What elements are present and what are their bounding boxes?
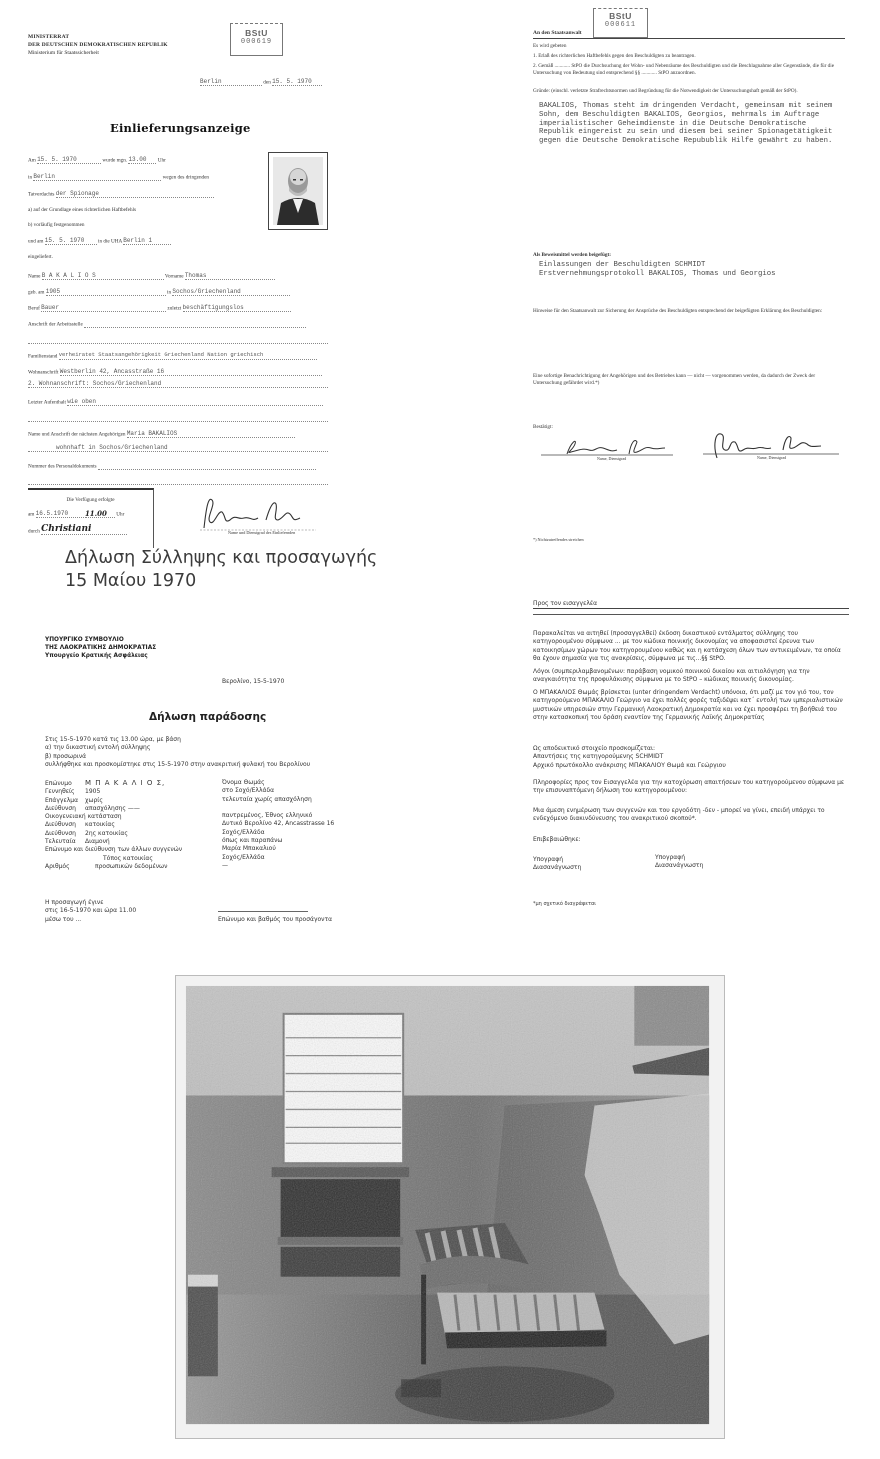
notify-paragraph: Μια άμεση ενημέρωση των συγγενών και του…	[533, 807, 849, 824]
field-label: Αριθμός	[45, 863, 95, 871]
greek-fields-left: ΕπώνυμοΜ Π Α Κ Α Λ Ι Ο Σ, Γεννηθείς1905 …	[45, 779, 215, 871]
right-value	[222, 804, 372, 812]
surname-value: B A K A L I O S	[42, 272, 164, 280]
confirmed-label: Επιβεβαιώθηκε:	[533, 836, 581, 844]
field-value: κατοικίας	[85, 821, 115, 828]
caption-title: Δήλωση Σύλληψης και προσαγωγής	[65, 547, 377, 570]
header-line: ΤΗΣ ΛΑΟΚΡΑΤΙΚΗΣ ΔΗΜΟΚΡΑΤΙΑΣ	[45, 644, 156, 652]
field-label: Διεύθυνση	[45, 821, 85, 829]
field-label: Γεννηθείς	[45, 788, 85, 796]
greek-intro: Στις 15-5-1970 κατά τις 13.00 ώρα, με βά…	[45, 736, 310, 769]
stamp-number: 000611	[594, 21, 647, 29]
caption-date: 15 Μαίου 1970	[65, 570, 377, 593]
evidence-item: Erstvernehmungsprotokoll BAKALIOS, Thoma…	[539, 270, 845, 279]
label: und am	[28, 239, 43, 245]
signature-interrogator-2: Name, Dienstgrad	[699, 426, 844, 462]
header-line: MINISTERRAT	[28, 34, 69, 40]
signature-label: Διασανάγνωστη	[533, 864, 581, 872]
label: Am	[28, 158, 36, 164]
signature-officer: Name und Dienstgrad des Einliefernden	[196, 490, 316, 535]
birth-year-value: 1905	[46, 288, 166, 296]
evidence-item: Einlassungen der Beschuldigten SCHMIDT	[539, 261, 845, 270]
evidence-block: Ως αποδεικτικό στοιχείο προσκομίζεται: Α…	[533, 745, 849, 770]
right-value: στο Σοχό/Ελλάδα	[222, 787, 372, 795]
request-item-1: 1. Erlaß des richterlichen Haftbefehls g…	[533, 53, 845, 60]
signature-label: Υπογραφή	[655, 854, 703, 862]
line-in: in Berlin wegen des dringenden	[28, 173, 209, 181]
line-am: Am 15. 5. 1970 wurde mgn. 13.00 Uhr	[28, 156, 166, 164]
admission-date: 15. 5. 1970	[45, 237, 97, 245]
label: Name	[28, 274, 40, 280]
right-value: όπως και παραπάνω	[222, 837, 372, 845]
field-label: Διεύθυνση	[45, 830, 85, 838]
greek-caption: Δήλωση Σύλληψης και προσαγωγής 15 Μαίου …	[65, 547, 377, 593]
field-value: Μ Π Α Κ Α Λ Ι Ο Σ,	[85, 779, 165, 787]
verification-by-line: durch Christiani	[28, 524, 153, 535]
greek-ministry-header: ΥΠΟΥΡΓΙΚΟ ΣΥΜΒΟΥΛΙΟ ΤΗΣ ΛΑΟΚΡΑΤΙΚΗΣ ΔΗΜΟ…	[45, 636, 156, 660]
arrest-time: 13.00	[128, 156, 156, 164]
footer-line: στις 16-5-1970 και ώρα 11.00	[45, 907, 136, 915]
place-value: Berlin	[200, 78, 262, 86]
field-relatives-2: wohnhaft in Sochos/Griechenland	[28, 444, 328, 452]
divider	[533, 614, 849, 615]
german-arrest-form: MINISTERRAT DER DEUTSCHEN DEMOKRATISCHEN…	[28, 10, 330, 545]
prison-cell-photo	[175, 975, 725, 1439]
blank-line	[84, 320, 306, 328]
field-value: Τόπος κατοικίας	[103, 855, 153, 862]
field-value: απασχόλησης ——	[85, 805, 140, 812]
signature-label: Υπογραφή	[533, 856, 581, 864]
verification-title: Die Verfügung erfolgte	[28, 497, 153, 504]
request-paragraph: Παρακαλείται να αιτηθεί (προσαγγελθεί) έ…	[533, 630, 849, 663]
ministry-header: MINISTERRAT DER DEUTSCHEN DEMOKRATISCHEN…	[28, 34, 168, 58]
field-value: 1905	[85, 788, 100, 795]
marital-nationality-value: verheiratet Staatsangehörigkeit Griechen…	[59, 352, 317, 360]
evidence-line: Αρχικό πρωτόκολλο ανάκρισης ΜΠΑΚΑΛΙΟΥ Θω…	[533, 762, 849, 770]
greek-translation-arrest: ΥΠΟΥΡΓΙΚΟ ΣΥΜΒΟΥΛΙΟ ΤΗΣ ΛΑΟΚΡΑΤΙΚΗΣ ΔΗΜΟ…	[45, 636, 365, 956]
second-address-value: 2. Wohnanschrift: Sochos/Griechenland	[28, 380, 328, 388]
greek-title: Δήλωση παράδοσης	[149, 711, 266, 723]
label: in	[28, 175, 32, 181]
right-value: τελευταία χωρίς απασχόληση	[222, 796, 372, 804]
evidence-label: Als Beweismittel werden beigefügt:	[533, 252, 845, 259]
recipient-label: Προς τον εισαγγελέα	[533, 600, 849, 609]
field-label: Οικογενειακή κατάσταση	[45, 813, 122, 820]
suspicion-value: der Spionage	[56, 190, 214, 198]
intro-line: συλλήφθηκε και προσκομίστηκε στις 15-5-1…	[45, 761, 310, 769]
label: am	[28, 511, 34, 517]
address-value: Westberlin 42, Ancasstraße 16	[60, 368, 322, 376]
german-prosecutor-letter: BStU 000611 An den Staatsanwalt Es wird …	[533, 6, 848, 546]
date-value: 15. 5. 1970	[272, 78, 322, 86]
relative-address-value: wohnhaft in Sochos/Griechenland	[28, 444, 328, 452]
hints-label: Hinweise für den Staatsanwalt zur Sicher…	[533, 308, 845, 315]
blank-line	[28, 414, 328, 422]
request-intro: Es wird gebeten	[533, 43, 845, 50]
evidence-list: Einlassungen der Beschuldigten SCHMIDT E…	[539, 261, 845, 279]
label: Tatverdachts	[28, 192, 54, 198]
date-label: den	[263, 80, 271, 86]
blank-row	[28, 477, 328, 485]
header-line: Ministerium für Staatssicherheit	[28, 50, 168, 58]
blank-line	[98, 462, 316, 470]
field-last-stay: Letzter Aufenthalt wie oben	[28, 398, 323, 406]
field-value: Διαμονή	[85, 838, 110, 845]
label: Uhr	[116, 511, 124, 517]
line-verdacht: Tatverdachts der Spionage	[28, 190, 214, 198]
right-value: παντρεμένος, Έθνος ελληνικό	[222, 812, 372, 820]
stamp-label: BStU	[231, 28, 282, 38]
intro-line: β) προσωρινά	[45, 753, 310, 761]
signature-caption: Name, Dienstgrad	[597, 456, 626, 461]
greek-date: Βερολίνο, 15-5-1970	[222, 678, 284, 685]
label: Familienstand	[28, 354, 57, 360]
label: Uhr	[158, 158, 166, 164]
evidence-line: Ως αποδεικτικό στοιχείο προσκομίζεται:	[533, 745, 849, 753]
field-value: 2ης κατοικίας	[85, 830, 128, 837]
signature-caption: Name und Dienstgrad des Einliefernden	[228, 530, 295, 535]
arrest-place: Berlin	[33, 173, 161, 181]
label: Vorname	[165, 274, 184, 280]
right-value: Μαρία Μπακαλιού	[222, 845, 372, 853]
right-value: Σοχός/Ελλάδα	[222, 829, 372, 837]
option-b: b) vorläufig festgenommen	[28, 222, 84, 229]
field-relatives: Name und Anschrift der nächsten Angehöri…	[28, 430, 295, 438]
last-employment-value: beschäftigungslos	[183, 304, 291, 312]
label: in	[167, 290, 171, 296]
right-value: Σοχός/Ελλάδα	[222, 854, 372, 862]
label: durch	[28, 528, 40, 534]
relative-value: Maria BAKALIOS	[127, 430, 295, 438]
line-und-am: und am 15. 5. 1970 in die UHA Berlin 1	[28, 237, 171, 245]
label: wegen des dringenden	[163, 175, 209, 181]
blank-row	[28, 414, 328, 422]
option-a: a) auf der Grundlage eines richterlichen…	[28, 207, 136, 214]
label: geb. am	[28, 290, 44, 296]
field-value: προσωπικών δεδομένων	[95, 863, 167, 870]
field-label: Επώνυμο και διεύθυνση των άλλων συγγενών	[45, 846, 182, 853]
reasons-text: BAKALIOS, Thomas steht im dringenden Ver…	[539, 102, 845, 146]
field-workplace: Anschrift der Arbeitsstelle	[28, 320, 306, 328]
greek-footer: Η προσαγωγή έγινε στις 16-5-1970 και ώρα…	[45, 899, 136, 924]
field-label: Επώνυμο	[45, 780, 85, 788]
birthplace-value: Sochos/Griechenland	[172, 288, 290, 296]
blank-line	[28, 336, 328, 344]
field-value: χωρίς	[85, 797, 103, 804]
label: Wohnanschrift	[28, 370, 58, 376]
profession-value: Bauer	[41, 304, 166, 312]
request-item-2: 2. Gemäß ............ StPO die Durchsuch…	[533, 63, 845, 78]
archive-stamp: BStU 000619	[230, 23, 283, 56]
verification-box: Die Verfügung erfolgte am 16.5.1970 11.0…	[28, 488, 154, 548]
field-marital: Familienstand verheiratet Staatsangehöri…	[28, 352, 317, 360]
footer-line: Η προσαγωγή έγινε	[45, 899, 136, 907]
label: Nummer des Personaldokuments	[28, 464, 97, 470]
footnote: *μη σχετικό διαγράφεται	[533, 900, 596, 908]
field-address-2: 2. Wohnanschrift: Sochos/Griechenland	[28, 380, 328, 388]
right-value: Δυτικό Βερολίνο 42, Ancasstrasse 16	[222, 820, 372, 828]
field-profession: Beruf Bauer zuletzt beschäftigungslos	[28, 304, 291, 312]
right-value: —	[222, 862, 372, 870]
label: Anschrift der Arbeitsstelle	[28, 322, 83, 328]
field-label: Διεύθυνση	[45, 805, 85, 813]
recipient-label: An den Staatsanwalt	[533, 30, 845, 39]
signature-caption: Επώνυμο και βαθμός του προσάγοντα	[218, 916, 332, 924]
label: Beruf	[28, 306, 40, 312]
greek-prosecutor-letter: Προς τον εισαγγελέα Παρακαλείται να αιτη…	[533, 600, 849, 950]
verification-date-line: am 16.5.1970 11.00 Uhr	[28, 510, 153, 518]
portrait-photo	[268, 152, 328, 230]
field-born: geb. am 1905 in Sochos/Griechenland	[28, 288, 290, 296]
intro-line: Στις 15-5-1970 κατά τις 13.00 ώρα, με βά…	[45, 736, 310, 744]
cell-image	[176, 976, 724, 1438]
signature-label: Διασανάγνωστη	[655, 862, 703, 870]
verification-officer: Christiani	[41, 524, 127, 535]
place-date-line: Berlin den 15. 5. 1970	[200, 78, 322, 86]
header-line: DER DEUTSCHEN DEMOKRATISCHEN REPUBLIK	[28, 42, 168, 48]
field-address: Wohnanschrift Westberlin 42, Ancasstraße…	[28, 368, 322, 376]
form-title: Einlieferungsanzeige	[110, 121, 251, 135]
stamp-number: 000619	[231, 38, 282, 46]
field-document-number: Nummer des Personaldokuments	[28, 462, 316, 470]
stamp-label: BStU	[594, 11, 647, 21]
label: wurde mgn.	[102, 158, 127, 164]
label: Letzter Aufenthalt	[28, 400, 66, 406]
evidence-line: Απαντήσεις της κατηγορούμενης SCHMIDT	[533, 753, 849, 761]
label: zuletzt	[167, 306, 181, 312]
admitted-label: eingeliefert.	[28, 254, 53, 261]
prison-value: Berlin 1	[123, 237, 171, 245]
blank-row	[28, 336, 328, 344]
verification-date: 16.5.1970	[36, 510, 84, 518]
header-line: ΥΠΟΥΡΓΙΚΟ ΣΥΜΒΟΥΛΙΟ	[45, 636, 156, 644]
signature-interrogator-1: Name, Dienstgrad	[537, 432, 677, 462]
right-value: Όνομα Θωμάς	[222, 779, 372, 787]
arrest-date: 15. 5. 1970	[37, 156, 101, 164]
info-paragraph: Πληροφορίες προς τον Εισαγγελέα για την …	[533, 779, 849, 796]
signature-line	[218, 911, 308, 912]
suspicion-paragraph: Ο ΜΠΑΚΑΛΙΟΣ Θωμάς βρίσκεται (unter dring…	[533, 689, 849, 722]
firstname-value: Thomas	[185, 272, 275, 280]
field-label: Τελευταία	[45, 838, 85, 846]
reasons-label: Gründe: (einschl. verletzte Strafrechtsn…	[533, 88, 845, 95]
field-name: Name B A K A L I O S Vorname Thomas	[28, 272, 275, 280]
greek-fields-right: Όνομα Θωμάς στο Σοχό/Ελλάδα τελευταία χω…	[222, 779, 372, 870]
last-stay-value: wie oben	[67, 398, 323, 406]
notification-label: Eine sofortige Benachrichtigung der Ange…	[533, 373, 845, 388]
reasons-paragraph: Λόγοι (συμπεριλαμβανομένων: παράβαση νομ…	[533, 668, 849, 685]
footnote: *) Nichtzutreffendes streichen	[533, 537, 845, 543]
signature-caption: Name, Dienstgrad	[757, 455, 786, 460]
verification-time: 11.00	[85, 510, 115, 518]
header-line: Υπουργείο Κρατικής Ασφάλειας	[45, 652, 156, 660]
intro-line: α) την δικαστική εντολή σύλληψης	[45, 744, 310, 752]
label: in die UHA	[98, 239, 122, 245]
field-label: Επάγγελμα	[45, 797, 85, 805]
signature-right: Υπογραφή Διασανάγνωστη	[655, 854, 703, 871]
blank-line	[28, 477, 328, 485]
signature-left: Υπογραφή Διασανάγνωστη	[533, 856, 581, 873]
footer-line: μέσω του ...	[45, 916, 136, 924]
label: Name und Anschrift der nächsten Angehöri…	[28, 432, 126, 438]
